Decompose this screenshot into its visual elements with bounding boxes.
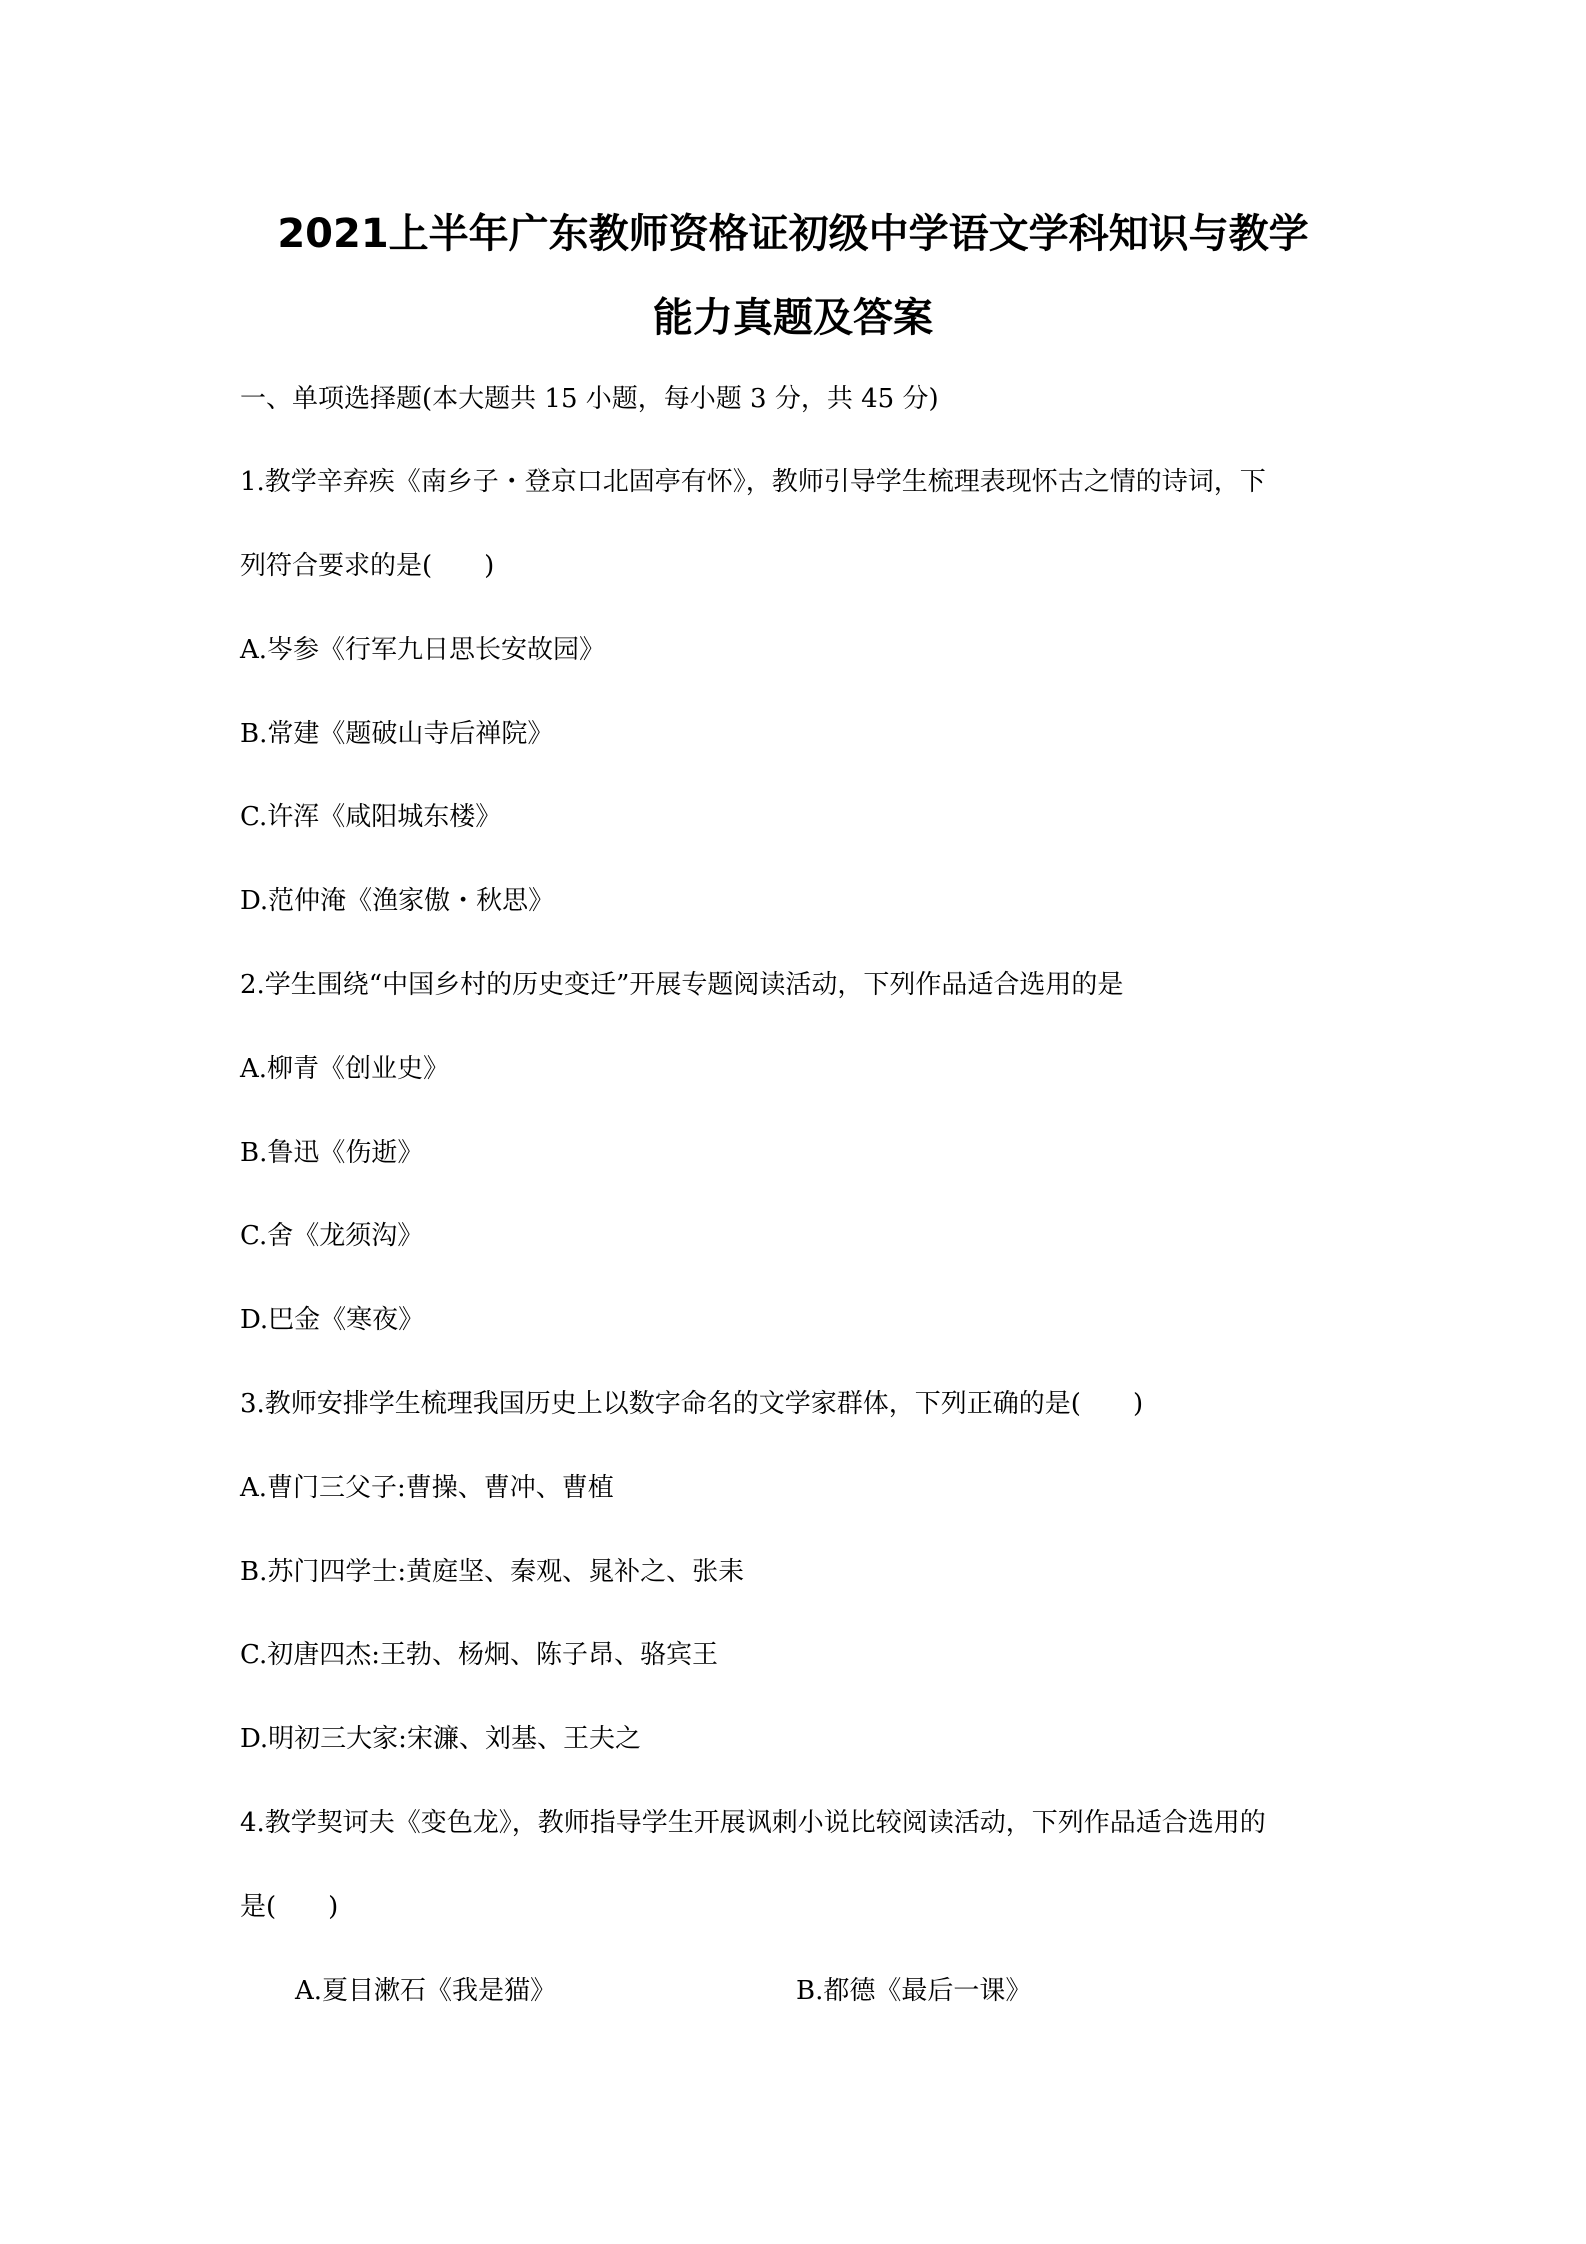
- document-page: 2021上半年广东教师资格证初级中学语文学科知识与教学 能力真题及答案 一、单项…: [0, 0, 1586, 2244]
- question-4-option-b: B.都德《最后一课》: [796, 1975, 1031, 2007]
- section-heading: 一、单项选择题(本大题共 15 小题，每小题 3 分，共 45 分): [240, 383, 939, 415]
- question-4-option-a: A.夏目漱石《我是猫》: [295, 1975, 556, 2007]
- question-3-option-a: A.曹门三父子:曹操、曹冲、曹植: [240, 1472, 614, 1504]
- document-title-line-2: 能力真题及答案: [0, 294, 1586, 342]
- question-1-stem-line-1: 1.教学辛弃疾《南乡子・登京口北固亭有怀》，教师引导学生梳理表现怀古之情的诗词，…: [240, 466, 1266, 498]
- question-2-option-d: D.巴金《寒夜》: [240, 1304, 424, 1336]
- question-1-option-b: B.常建《题破山寺后禅院》: [240, 718, 553, 750]
- question-4-stem-line-1: 4.教学契诃夫《变色龙》，教师指导学生开展讽刺小说比较阅读活动，下列作品适合选用…: [240, 1807, 1266, 1839]
- question-1-stem-line-2: 列符合要求的是( ): [240, 550, 494, 582]
- question-2-option-b: B.鲁迅《伤逝》: [240, 1137, 423, 1169]
- document-title-line-1: 2021上半年广东教师资格证初级中学语文学科知识与教学: [0, 210, 1586, 258]
- question-2-stem-line-1: 2.学生围绕“中国乡村的历史变迁”开展专题阅读活动，下列作品适合选用的是: [240, 969, 1123, 1001]
- question-3-stem-line-1: 3.教师安排学生梳理我国历史上以数字命名的文学家群体，下列正确的是( ): [240, 1388, 1143, 1420]
- question-3-option-b: B.苏门四学士:黄庭坚、秦观、晁补之、张耒: [240, 1556, 744, 1588]
- question-3-option-c: C.初唐四杰:王勃、杨炯、陈子昂、骆宾王: [240, 1639, 718, 1671]
- question-2-option-a: A.柳青《创业史》: [240, 1053, 449, 1085]
- question-2-option-c: C.舍《龙须沟》: [240, 1220, 423, 1252]
- question-1-option-a: A.岑参《行军九日思长安故园》: [240, 634, 605, 666]
- question-1-option-c: C.许浑《咸阳城东楼》: [240, 801, 501, 833]
- question-1-option-d: D.范仲淹《渔家傲・秋思》: [240, 885, 554, 917]
- question-3-option-d: D.明初三大家:宋濂、刘基、王夫之: [240, 1723, 641, 1755]
- question-4-stem-line-2: 是( ): [240, 1891, 338, 1923]
